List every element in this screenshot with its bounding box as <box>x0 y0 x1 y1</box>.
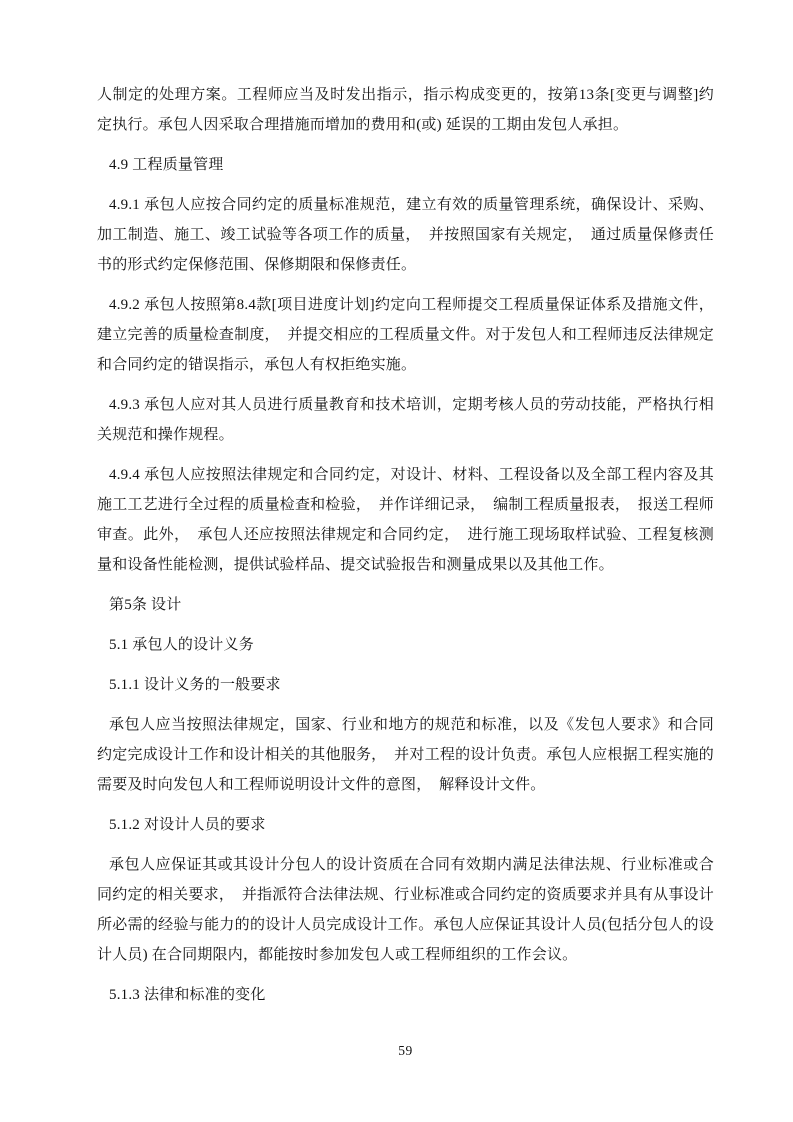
paragraph-4-9-3: 4.9.3 承包人应对其人员进行质量教育和技术培训，定期考核人员的劳动技能，严格… <box>97 390 714 450</box>
section-heading-5-1: 5.1 承包人的设计义务 <box>97 630 714 660</box>
section-heading-5-1-2: 5.1.2 对设计人员的要求 <box>97 810 714 840</box>
paragraph-4-9-1: 4.9.1 承包人应按合同约定的质量标准规范，建立有效的质量管理系统，确保设计、… <box>97 190 714 280</box>
section-heading-5-1-1: 5.1.1 设计义务的一般要求 <box>97 670 714 700</box>
paragraph-continuation: 人制定的处理方案。工程师应当及时发出指示，指示构成变更的，按第13条[变更与调整… <box>97 80 714 140</box>
paragraph-5-1-1-body: 承包人应当按照法律规定，国家、行业和地方的规范和标准，以及《发包人要求》和合同约… <box>97 710 714 800</box>
section-heading-4-9: 4.9 工程质量管理 <box>97 150 714 180</box>
paragraph-4-9-2: 4.9.2 承包人按照第8.4款[项目进度计划]约定向工程师提交工程质量保证体系… <box>97 290 714 380</box>
section-heading-article-5: 第5条 设计 <box>97 590 714 620</box>
paragraph-5-1-2-body: 承包人应保证其或其设计分包人的设计资质在合同有效期内满足法律法规、行业标准或合同… <box>97 850 714 970</box>
section-heading-5-1-3: 5.1.3 法律和标准的变化 <box>97 980 714 1010</box>
paragraph-4-9-4: 4.9.4 承包人应按照法律规定和合同约定，对设计、材料、工程设备以及全部工程内… <box>97 460 714 580</box>
page-number: 59 <box>97 1043 714 1059</box>
document-content: 人制定的处理方案。工程师应当及时发出指示，指示构成变更的，按第13条[变更与调整… <box>97 80 714 1010</box>
document-page: 人制定的处理方案。工程师应当及时发出指示，指示构成变更的，按第13条[变更与调整… <box>0 0 793 1122</box>
